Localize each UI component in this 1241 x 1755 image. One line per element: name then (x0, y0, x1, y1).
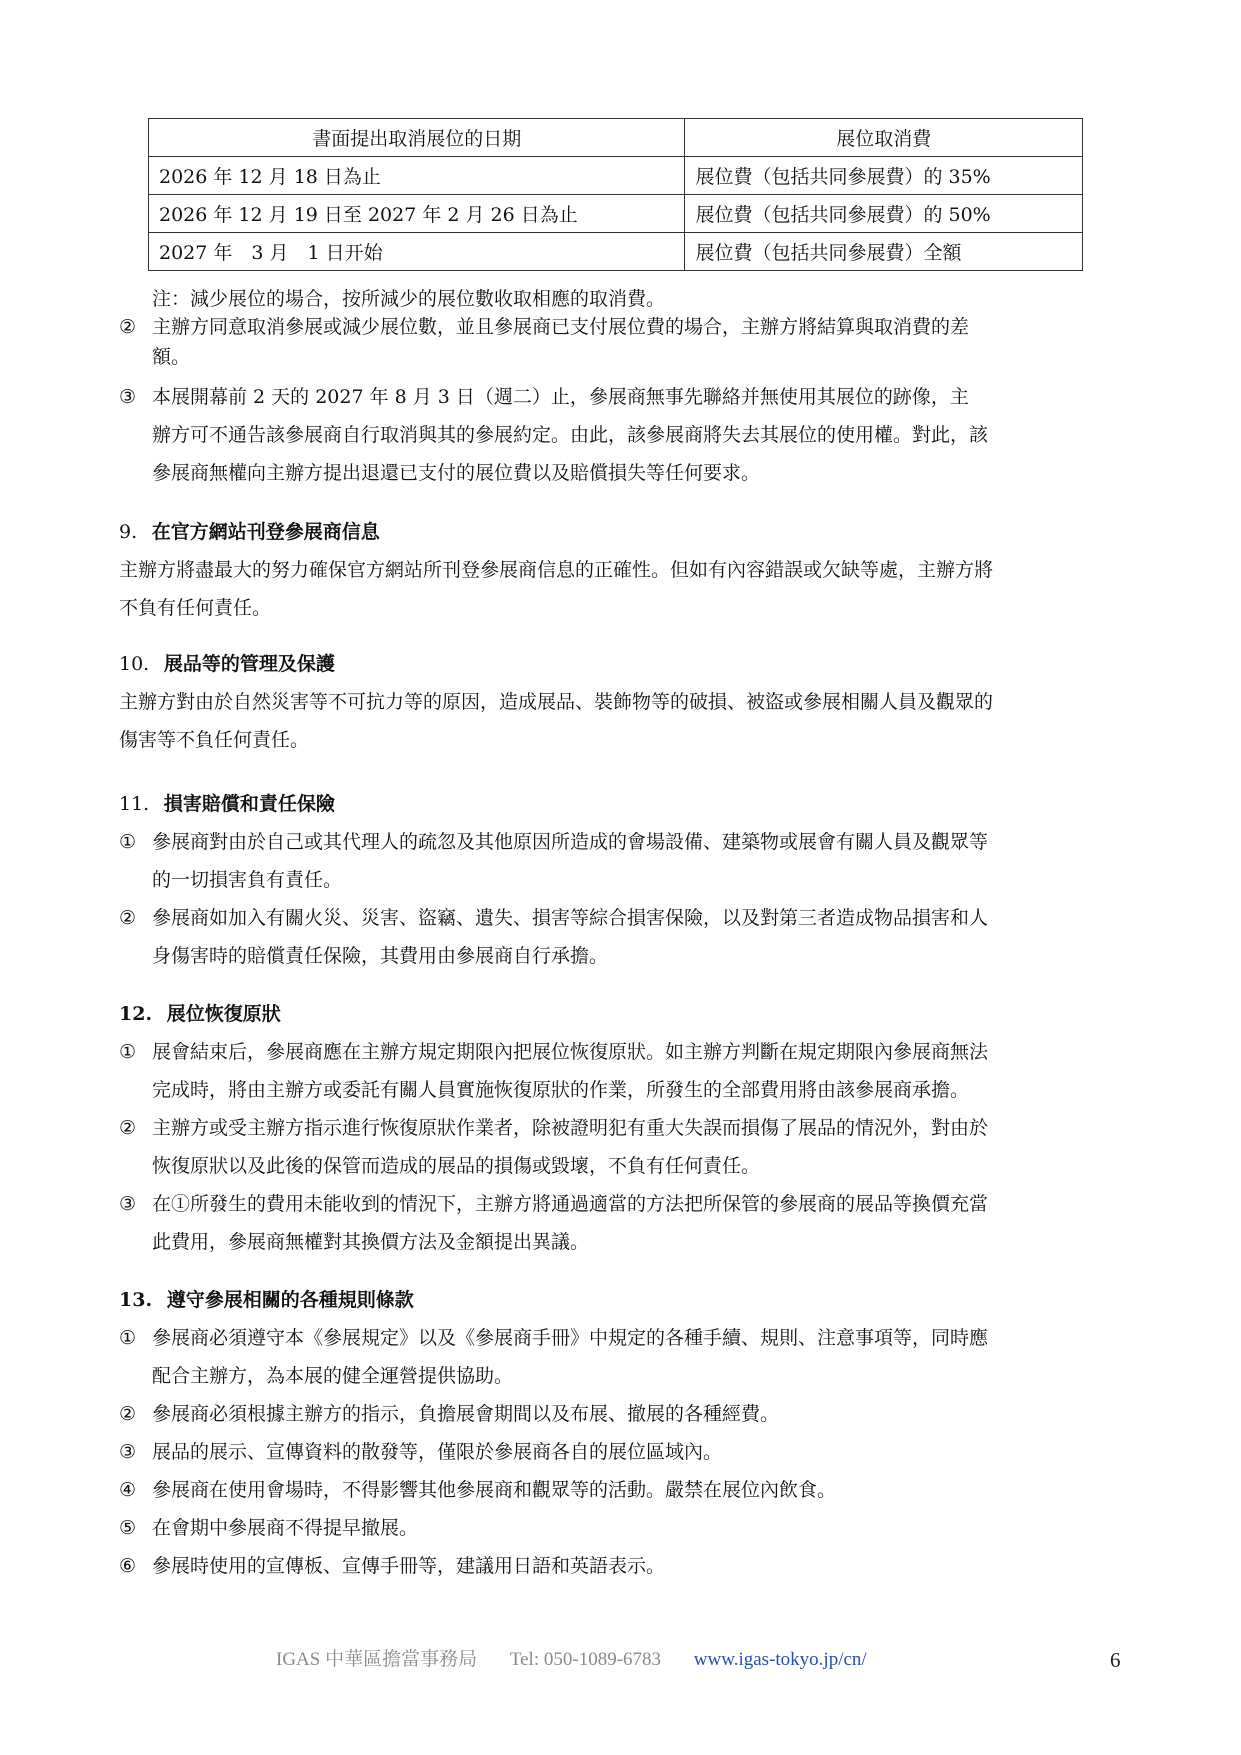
table-cell-fee: 展位費（包括共同參展費）全額 (685, 233, 1083, 271)
table-cell-date: 2027 年 3 月 1 日开始 (149, 233, 685, 271)
footer-website-link[interactable]: www.igas-tokyo.jp/cn/ (694, 1649, 867, 1670)
list-item: ⑤ 在會期中參展商不得提早撤展。 (119, 1509, 1129, 1547)
section-title: 在官方網站刊登參展商信息 (152, 521, 380, 543)
item-text-line: 的一切損害負有責任。 (152, 861, 1129, 899)
table-cell-date: 2026 年 12 月 19 日至 2027 年 2 月 26 日為止 (149, 195, 685, 233)
column-header-fee: 展位取消費 (685, 119, 1083, 157)
page-footer: IGAS 中華區擔當事務局 Tel: 050-1089-6783 www.iga… (276, 1645, 895, 1675)
section-number: 10. (119, 653, 149, 675)
section-heading: 10. 展品等的管理及保護 (119, 645, 1129, 683)
list-item: ① 參展商對由於自己或其代理人的疏忽及其他原因所造成的會場設備、建築物或展會有關… (119, 823, 1129, 899)
paragraph-line: 主辦方對由於自然災害等不可抗力等的原因，造成展品、裝飾物等的破損、被盜或參展相關… (119, 683, 1129, 721)
list-item: ③ 在①所發生的費用未能收到的情況下，主辦方將通過適當的方法把所保管的參展商的展… (119, 1185, 1129, 1261)
item-number: ① (119, 1319, 149, 1357)
list-item: ③ 展品的展示、宣傳資料的散發等，僅限於參展商各自的展位區域內。 (119, 1433, 1129, 1471)
section-heading: 9. 在官方網站刊登參展商信息 (119, 513, 1129, 551)
item-text-line: 參展商如加入有關火災、災害、盜竊、遺失、損害等綜合損害保險，以及對第三者造成物品… (152, 899, 1129, 937)
section-heading: 11. 損害賠償和責任保險 (119, 785, 1129, 823)
paragraph-line: 不負有任何責任。 (119, 589, 1129, 627)
section-13: 13. 遵守參展相關的各種規則條款 ① 參展商必須遵守本《參展規定》以及《參展商… (119, 1281, 1129, 1585)
page-number: 6 (1110, 1645, 1121, 1675)
table-cell-fee: 展位費（包括共同參展費）的 35% (685, 157, 1083, 195)
item-number: ③ (119, 378, 149, 416)
item-number: ② (119, 1395, 149, 1433)
item-text-line: 本展開幕前 2 天的 2027 年 8 月 3 日（週二）止，參展商無事先聯絡并… (152, 378, 1129, 416)
list-item: ① 展會結束后，參展商應在主辦方規定期限內把展位恢復原狀。如主辦方判斷在規定期限… (119, 1033, 1129, 1109)
item-number: ③ (119, 1185, 149, 1223)
section-12: 12. 展位恢復原狀 ① 展會結束后，參展商應在主辦方規定期限內把展位恢復原狀。… (119, 995, 1129, 1261)
item-text-line: 參展商無權向主辦方提出退還已支付的展位費以及賠償損失等任何要求。 (152, 454, 1129, 492)
section-heading: 13. 遵守參展相關的各種規則條款 (119, 1281, 1129, 1319)
item-number: ① (119, 1033, 149, 1071)
section-title: 展位恢復原狀 (167, 1003, 281, 1025)
item-text-line: 參展商在使用會場時，不得影響其他參展商和觀眾等的活動。嚴禁在展位內飲食。 (152, 1471, 1129, 1509)
cancellation-fee-table: 書面提出取消展位的日期 展位取消費 2026 年 12 月 18 日為止 展位費… (148, 118, 1083, 271)
section-title: 遵守參展相關的各種規則條款 (167, 1289, 414, 1311)
table-row: 2026 年 12 月 18 日為止 展位費（包括共同參展費）的 35% (149, 157, 1083, 195)
item-number: ② (119, 899, 149, 937)
list-item: ② 主辦方或受主辦方指示進行恢復原狀作業者，除被證明犯有重大失誤而損傷了展品的情… (119, 1109, 1129, 1185)
item-text-line: 主辦方同意取消參展或減少展位數，並且參展商已支付展位費的場合，主辦方將結算與取消… (152, 312, 1129, 342)
paragraph-line: 傷害等不負任何責任。 (119, 721, 1129, 759)
table-row: 2027 年 3 月 1 日开始 展位費（包括共同參展費）全額 (149, 233, 1083, 271)
item-text-line: 恢復原狀以及此後的保管而造成的展品的損傷或毀壞，不負有任何責任。 (152, 1147, 1129, 1185)
section-9: 9. 在官方網站刊登參展商信息 主辦方將盡最大的努力確保官方網站所刊登參展商信息… (119, 513, 1129, 627)
item-text-line: 額。 (152, 342, 1129, 378)
item-text-line: 展品的展示、宣傳資料的散發等，僅限於參展商各自的展位區域內。 (152, 1433, 1129, 1471)
item-text-line: 展會結束后，參展商應在主辦方規定期限內把展位恢復原狀。如主辦方判斷在規定期限內參… (152, 1033, 1129, 1071)
item-number: ② (119, 312, 149, 342)
column-header-date: 書面提出取消展位的日期 (149, 119, 685, 157)
list-item: ② 主辦方同意取消參展或減少展位數，並且參展商已支付展位費的場合，主辦方將結算與… (119, 312, 1129, 378)
table-cell-date: 2026 年 12 月 18 日為止 (149, 157, 685, 195)
list-item: ② 參展商如加入有關火災、災害、盜竊、遺失、損害等綜合損害保險，以及對第三者造成… (119, 899, 1129, 975)
section-number: 9. (119, 521, 137, 543)
item-text-line: 配合主辦方，為本展的健全運營提供協助。 (152, 1357, 1129, 1395)
item-text-line: 參展商必須遵守本《參展規定》以及《參展商手冊》中規定的各種手續、規則、注意事項等… (152, 1319, 1129, 1357)
item-text-line: 主辦方或受主辦方指示進行恢復原狀作業者，除被證明犯有重大失誤而損傷了展品的情況外… (152, 1109, 1129, 1147)
item-text-line: 參展時使用的宣傳板、宣傳手冊等，建議用日語和英語表示。 (152, 1547, 1129, 1585)
section-11: 11. 損害賠償和責任保險 ① 參展商對由於自己或其代理人的疏忽及其他原因所造成… (119, 785, 1129, 975)
item-text-line: 參展商必須根據主辦方的指示，負擔展會期間以及布展、撤展的各種經費。 (152, 1395, 1129, 1433)
section-number: 12. (119, 1003, 152, 1025)
footer-tel: Tel: 050-1089-6783 (510, 1649, 661, 1670)
item-text-line: 在會期中參展商不得提早撤展。 (152, 1509, 1129, 1547)
item-number: ① (119, 823, 149, 861)
item-number: ⑥ (119, 1547, 149, 1585)
section-8-items: ② 主辦方同意取消參展或減少展位數，並且參展商已支付展位費的場合，主辦方將結算與… (119, 312, 1129, 492)
item-text-line: 身傷害時的賠償責任保險，其費用由參展商自行承擔。 (152, 937, 1129, 975)
list-item: ② 參展商必須根據主辦方的指示，負擔展會期間以及布展、撤展的各種經費。 (119, 1395, 1129, 1433)
item-number: ⑤ (119, 1509, 149, 1547)
list-item: ⑥ 參展時使用的宣傳板、宣傳手冊等，建議用日語和英語表示。 (119, 1547, 1129, 1585)
list-item: ④ 參展商在使用會場時，不得影響其他參展商和觀眾等的活動。嚴禁在展位內飲食。 (119, 1471, 1129, 1509)
list-item: ③ 本展開幕前 2 天的 2027 年 8 月 3 日（週二）止，參展商無事先聯… (119, 378, 1129, 492)
item-text-line: 完成時，將由主辦方或委託有關人員實施恢復原狀的作業，所發生的全部費用將由該參展商… (152, 1071, 1129, 1109)
document-page: 書面提出取消展位的日期 展位取消費 2026 年 12 月 18 日為止 展位費… (0, 0, 1241, 1755)
section-title: 損害賠償和責任保險 (164, 793, 335, 815)
table-row: 2026 年 12 月 19 日至 2027 年 2 月 26 日為止 展位費（… (149, 195, 1083, 233)
table-header-row: 書面提出取消展位的日期 展位取消費 (149, 119, 1083, 157)
list-item: ① 參展商必須遵守本《參展規定》以及《參展商手冊》中規定的各種手續、規則、注意事… (119, 1319, 1129, 1395)
item-number: ② (119, 1109, 149, 1147)
section-10: 10. 展品等的管理及保護 主辦方對由於自然災害等不可抗力等的原因，造成展品、裝… (119, 645, 1129, 759)
paragraph-line: 主辦方將盡最大的努力確保官方網站所刊登參展商信息的正確性。但如有內容錯誤或欠缺等… (119, 551, 1129, 589)
item-number: ④ (119, 1471, 149, 1509)
footer-office: IGAS 中華區擔當事務局 (276, 1649, 477, 1670)
table-cell-fee: 展位費（包括共同參展費）的 50% (685, 195, 1083, 233)
section-title: 展品等的管理及保護 (164, 653, 335, 675)
section-heading: 12. 展位恢復原狀 (119, 995, 1129, 1033)
section-number: 11. (119, 793, 149, 815)
item-text-line: 參展商對由於自己或其代理人的疏忽及其他原因所造成的會場設備、建築物或展會有關人員… (152, 823, 1129, 861)
item-text-line: 此費用，參展商無權對其換價方法及金額提出異議。 (152, 1223, 1129, 1261)
item-number: ③ (119, 1433, 149, 1471)
section-number: 13. (119, 1289, 152, 1311)
item-text-line: 辦方可不通告該參展商自行取消與其的參展約定。由此，該參展商將失去其展位的使用權。… (152, 416, 1129, 454)
item-text-line: 在①所發生的費用未能收到的情況下，主辦方將通過適當的方法把所保管的參展商的展品等… (152, 1185, 1129, 1223)
